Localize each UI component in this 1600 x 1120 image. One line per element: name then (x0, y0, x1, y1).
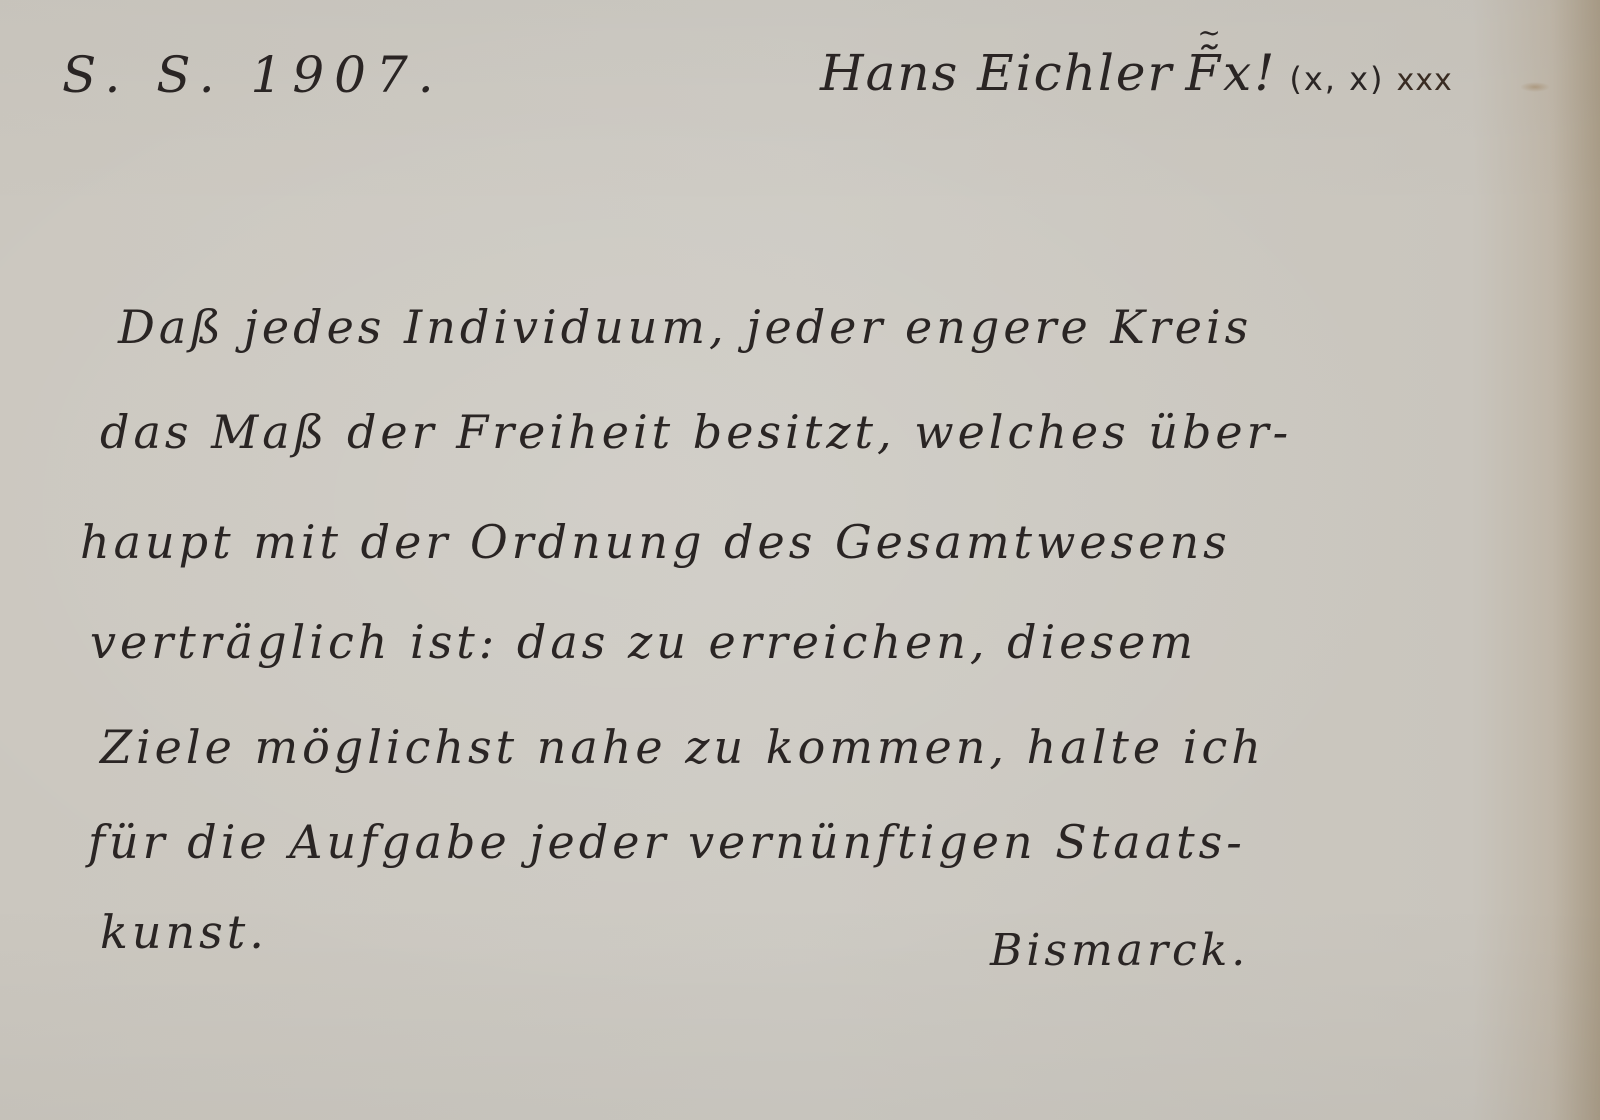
quote-line-2: das Maß der Freiheit besitzt, welches üb… (100, 405, 1292, 459)
semester-date: S. S. 1907. (62, 46, 444, 104)
author-name: Hans Eichler (820, 44, 1173, 102)
album-page: S. S. 1907. Hans Eichler F̃x! (x, x) xxx… (0, 0, 1600, 1120)
ink-stain (1520, 82, 1550, 92)
quote-line-1: Daß jedes Individuum, jeder engere Kreis (118, 300, 1252, 354)
quote-line-3: haupt mit der Ordnung des Gesamtwesens (80, 515, 1231, 569)
quote-line-4: verträglich ist: das zu erreichen, diese… (90, 615, 1197, 669)
quote-line-6: für die Aufgabe jeder vernünftigen Staat… (88, 815, 1246, 869)
cross-marks: xxx (1397, 63, 1453, 98)
author-header: Hans Eichler F̃x! (x, x) xxx (820, 44, 1453, 102)
quote-line-7: kunst. (100, 905, 268, 959)
quote-line-5: Ziele möglichst nahe zu kommen, halte ic… (100, 720, 1265, 774)
attribution-signature: Bismarck. (990, 925, 1249, 976)
circle-marks: (x, x) (1289, 60, 1384, 98)
fraternity-mark: F̃x! (1185, 44, 1277, 102)
